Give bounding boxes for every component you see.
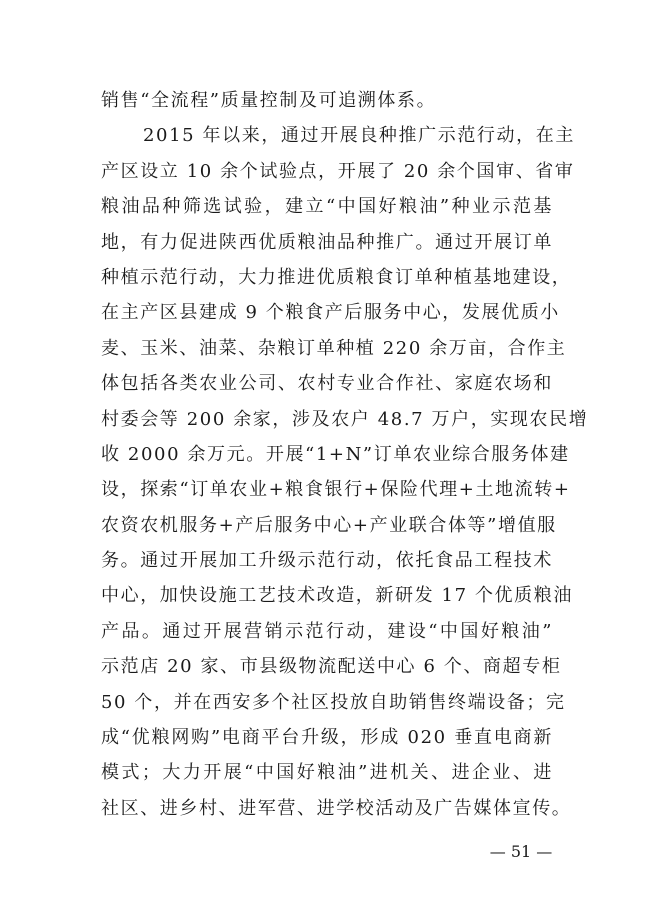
- text-line: 社区、进乡村、进军营、进学校活动及广告媒体宣传。: [101, 791, 553, 826]
- paragraph-start-line: 2015 年以来，通过开展良种推广示范行动，在主: [101, 118, 553, 153]
- text-line: 产区设立 10 余个试验点，开展了 20 余个国审、省审: [101, 154, 553, 189]
- text-line: 村委会等 200 余家，涉及农户 48.7 万户，实现农民增: [101, 402, 553, 437]
- text-line: 示范店 20 家、市县级物流配送中心 6 个、商超专柜: [101, 649, 553, 684]
- text-line: 收 2000 余万元。开展“1+N”订单农业综合服务体建: [101, 437, 553, 472]
- body-text: 销售“全流程”质量控制及可追溯体系。 2015 年以来，通过开展良种推广示范行动…: [101, 83, 553, 826]
- document-page: 销售“全流程”质量控制及可追溯体系。 2015 年以来，通过开展良种推广示范行动…: [0, 0, 650, 919]
- text-line: 麦、玉米、油菜、杂粮订单种植 220 余万亩，合作主: [101, 331, 553, 366]
- text-line: 体包括各类农业公司、农村专业合作社、家庭农场和: [101, 366, 553, 401]
- text-line: 成“优粮网购”电商平台升级，形成 020 垂直电商新: [101, 720, 553, 755]
- text-line: 种植示范行动，大力推进优质粮食订单种植基地建设，: [101, 260, 553, 295]
- text-line: 50 个，并在西安多个社区投放自助销售终端设备；完: [101, 685, 553, 720]
- text-line: 模式；大力开展“中国好粮油”进机关、进企业、进: [101, 755, 553, 790]
- text-line: 在主产区县建成 9 个粮食产后服务中心，发展优质小: [101, 295, 553, 330]
- text-line: 农资农机服务+产后服务中心+产业联合体等”增值服: [101, 508, 553, 543]
- text-line: 粮油品种筛选试验，建立“中国好粮油”种业示范基: [101, 189, 553, 224]
- text-line: 地，有力促进陕西优质粮油品种推广。通过开展订单: [101, 225, 553, 260]
- page-number: — 51 —: [488, 842, 554, 861]
- text-line: 销售“全流程”质量控制及可追溯体系。: [101, 83, 553, 118]
- text-line: 务。通过开展加工升级示范行动，依托食品工程技术: [101, 543, 553, 578]
- text-line: 产品。通过开展营销示范行动，建设“中国好粮油”: [101, 614, 553, 649]
- text-line: 设，探索“订单农业+粮食银行+保险代理+土地流转+: [101, 472, 553, 507]
- text-line: 中心，加快设施工艺技术改造，新研发 17 个优质粮油: [101, 578, 553, 613]
